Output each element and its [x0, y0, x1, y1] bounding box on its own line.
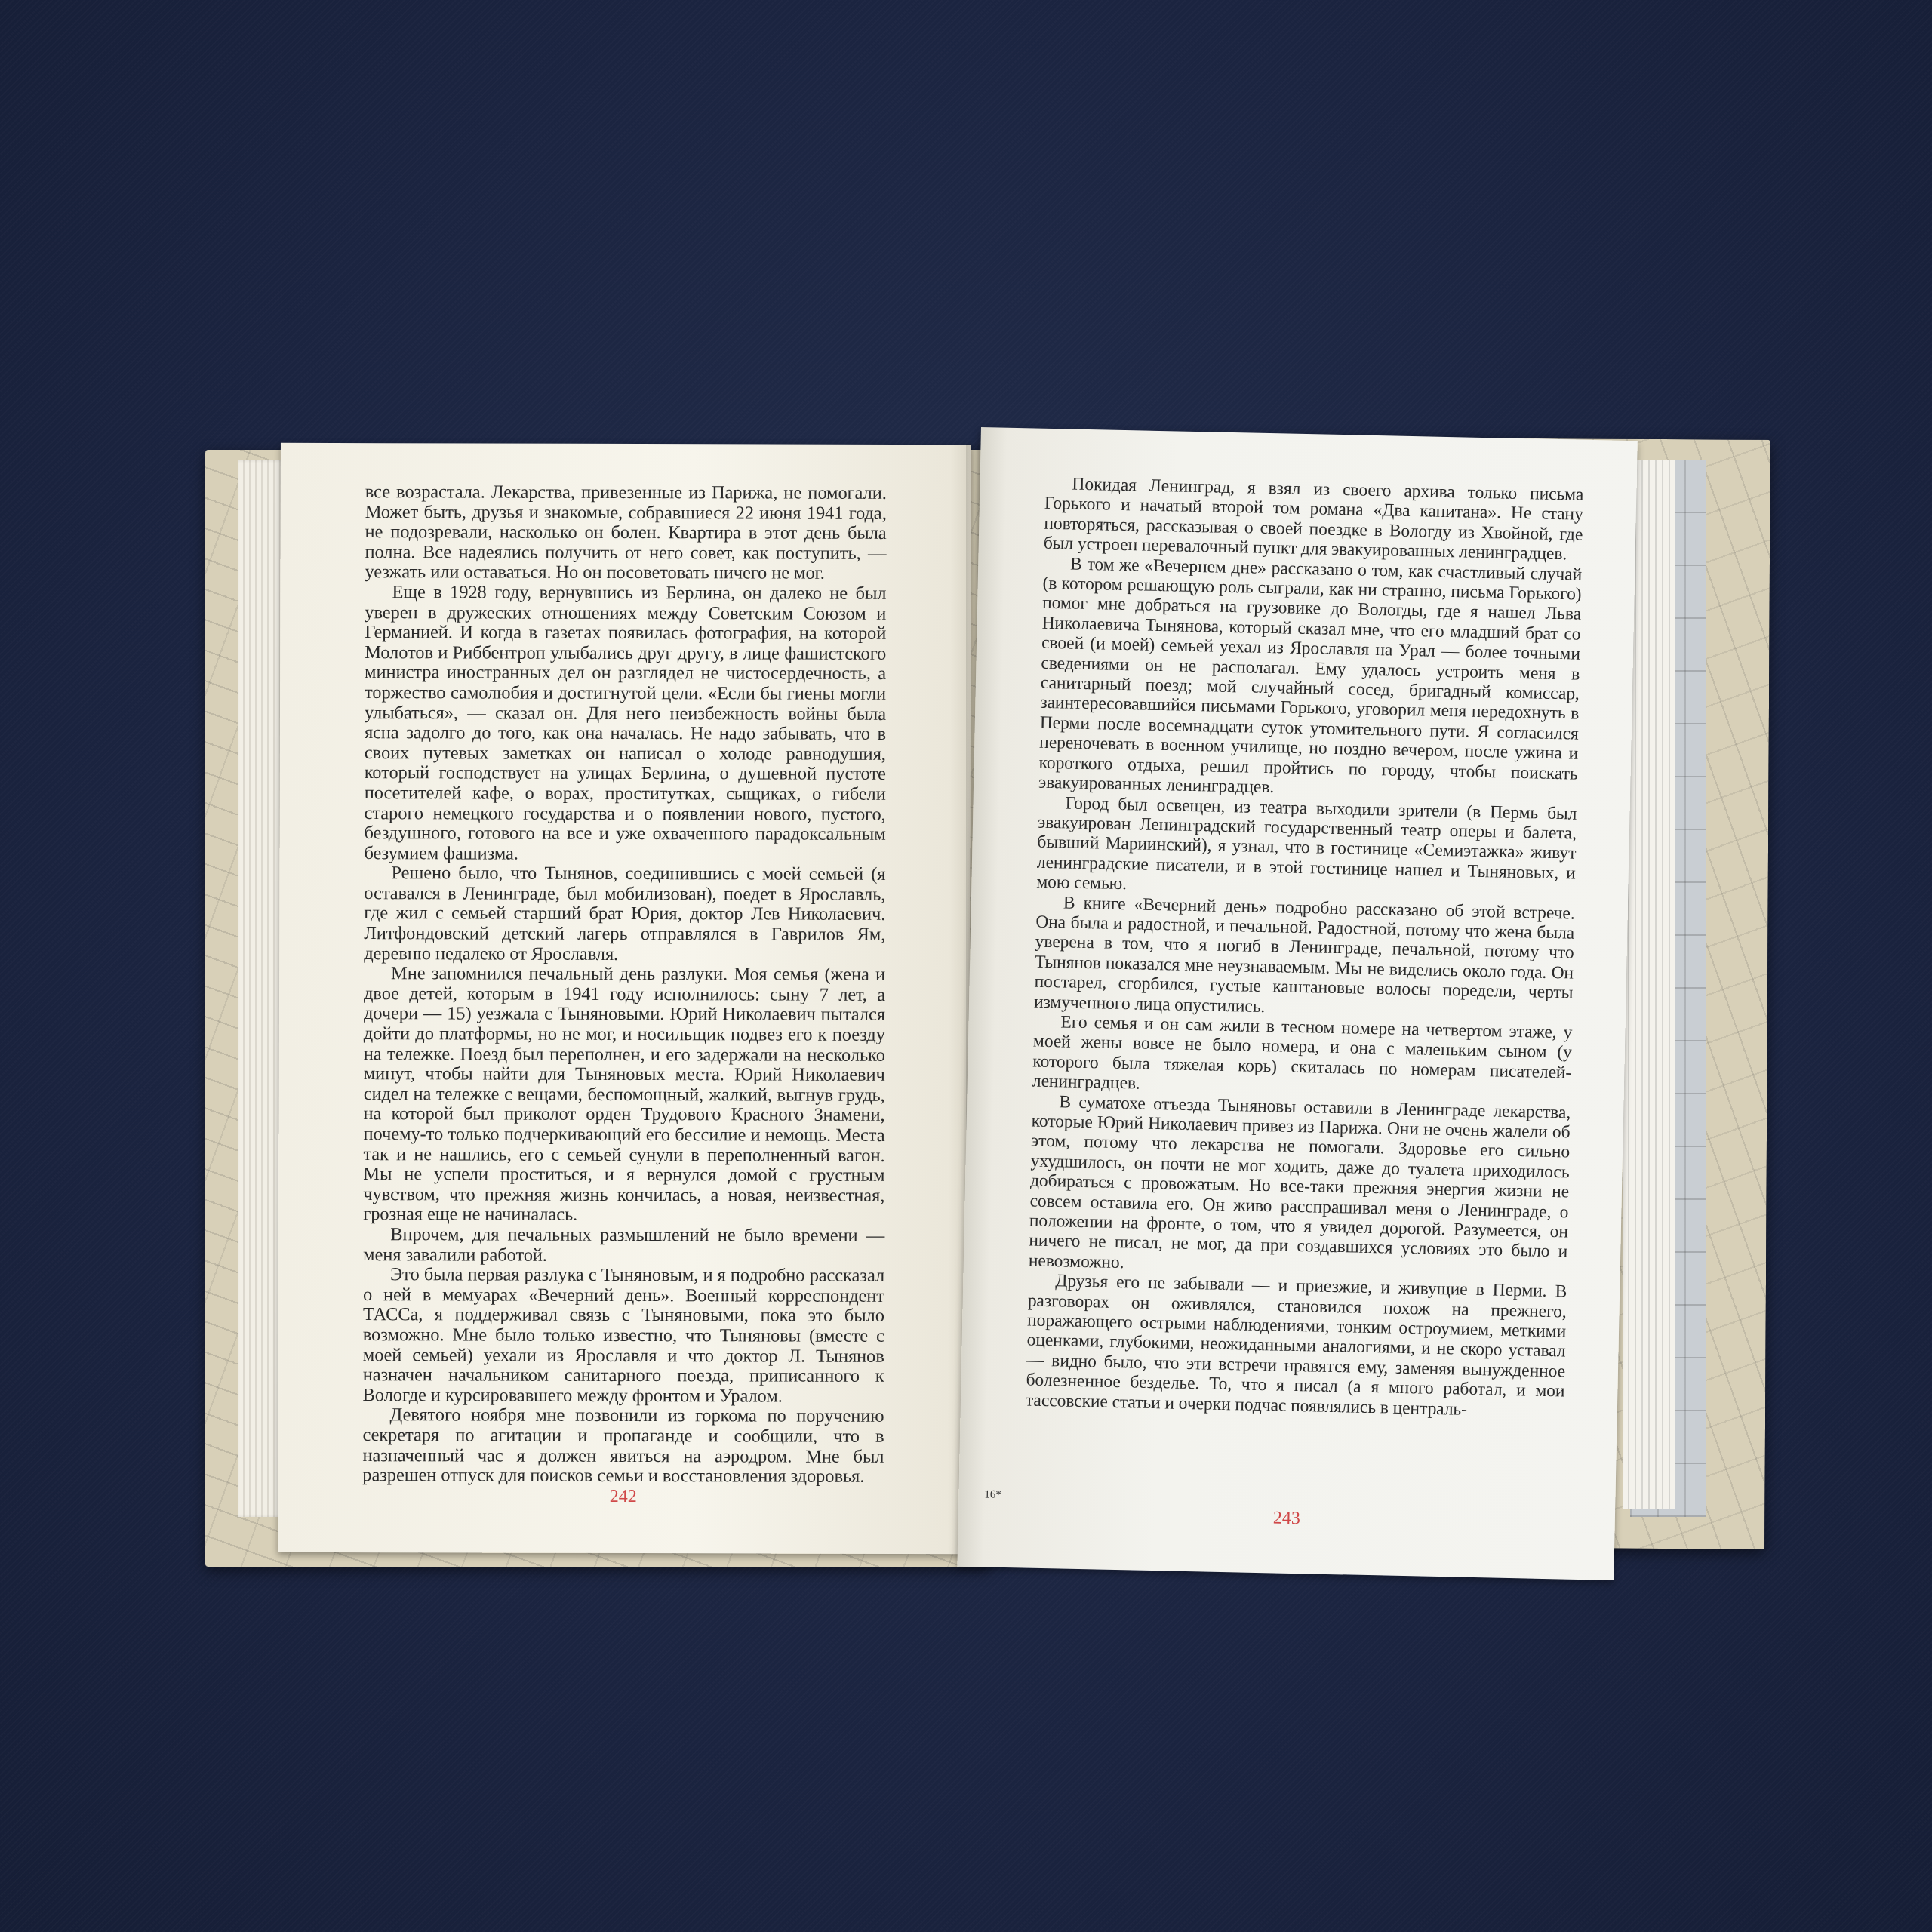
left-page: все возрастала. Лекарства, привезенные и… [278, 443, 971, 1554]
page-number-right: 243 [958, 1502, 1615, 1536]
paragraph: Покидая Ленинград, я взял из своего архи… [1044, 474, 1584, 565]
paragraph: Его семья и он сам жили в тесном номере … [1032, 1012, 1573, 1103]
right-page-text: Покидая Ленинград, я взял из своего архи… [1026, 474, 1584, 1422]
left-page-text: все возрастала. Лекарства, привезенные и… [362, 482, 886, 1487]
paragraph: В том же «Вечернем дне» рассказано о том… [1038, 553, 1582, 804]
paragraph: все возрастала. Лекарства, привезенные и… [365, 482, 886, 584]
paragraph: В книге «Вечерний день» подробно рассказ… [1034, 892, 1575, 1023]
paragraph: Еще в 1928 году, вернувшись из Берлина, … [364, 583, 886, 865]
paragraph: Впрочем, для печальных размышлений не бы… [363, 1225, 884, 1266]
paragraph: Друзья его не забывали — и приезжие, и ж… [1026, 1271, 1567, 1422]
paragraph: Решено было, что Тынянов, соединившись с… [364, 863, 885, 965]
paragraph: Это была первая разлука с Тыняновым, и я… [363, 1265, 884, 1407]
right-page: Покидая Ленинград, я взял из своего архи… [957, 427, 1637, 1580]
paragraph: Мне запомнился печальный день разлуки. М… [363, 964, 885, 1226]
paragraph: Город был освещен, из театра выходили зр… [1036, 792, 1577, 903]
page-number-left: 242 [278, 1486, 968, 1554]
printer-signature-mark: 16* [984, 1488, 1001, 1501]
paragraph: В суматохе отъезда Тыняновы оставили в Л… [1029, 1091, 1571, 1282]
paragraph: Девятого ноября мне позвонили из горкома… [362, 1405, 884, 1487]
